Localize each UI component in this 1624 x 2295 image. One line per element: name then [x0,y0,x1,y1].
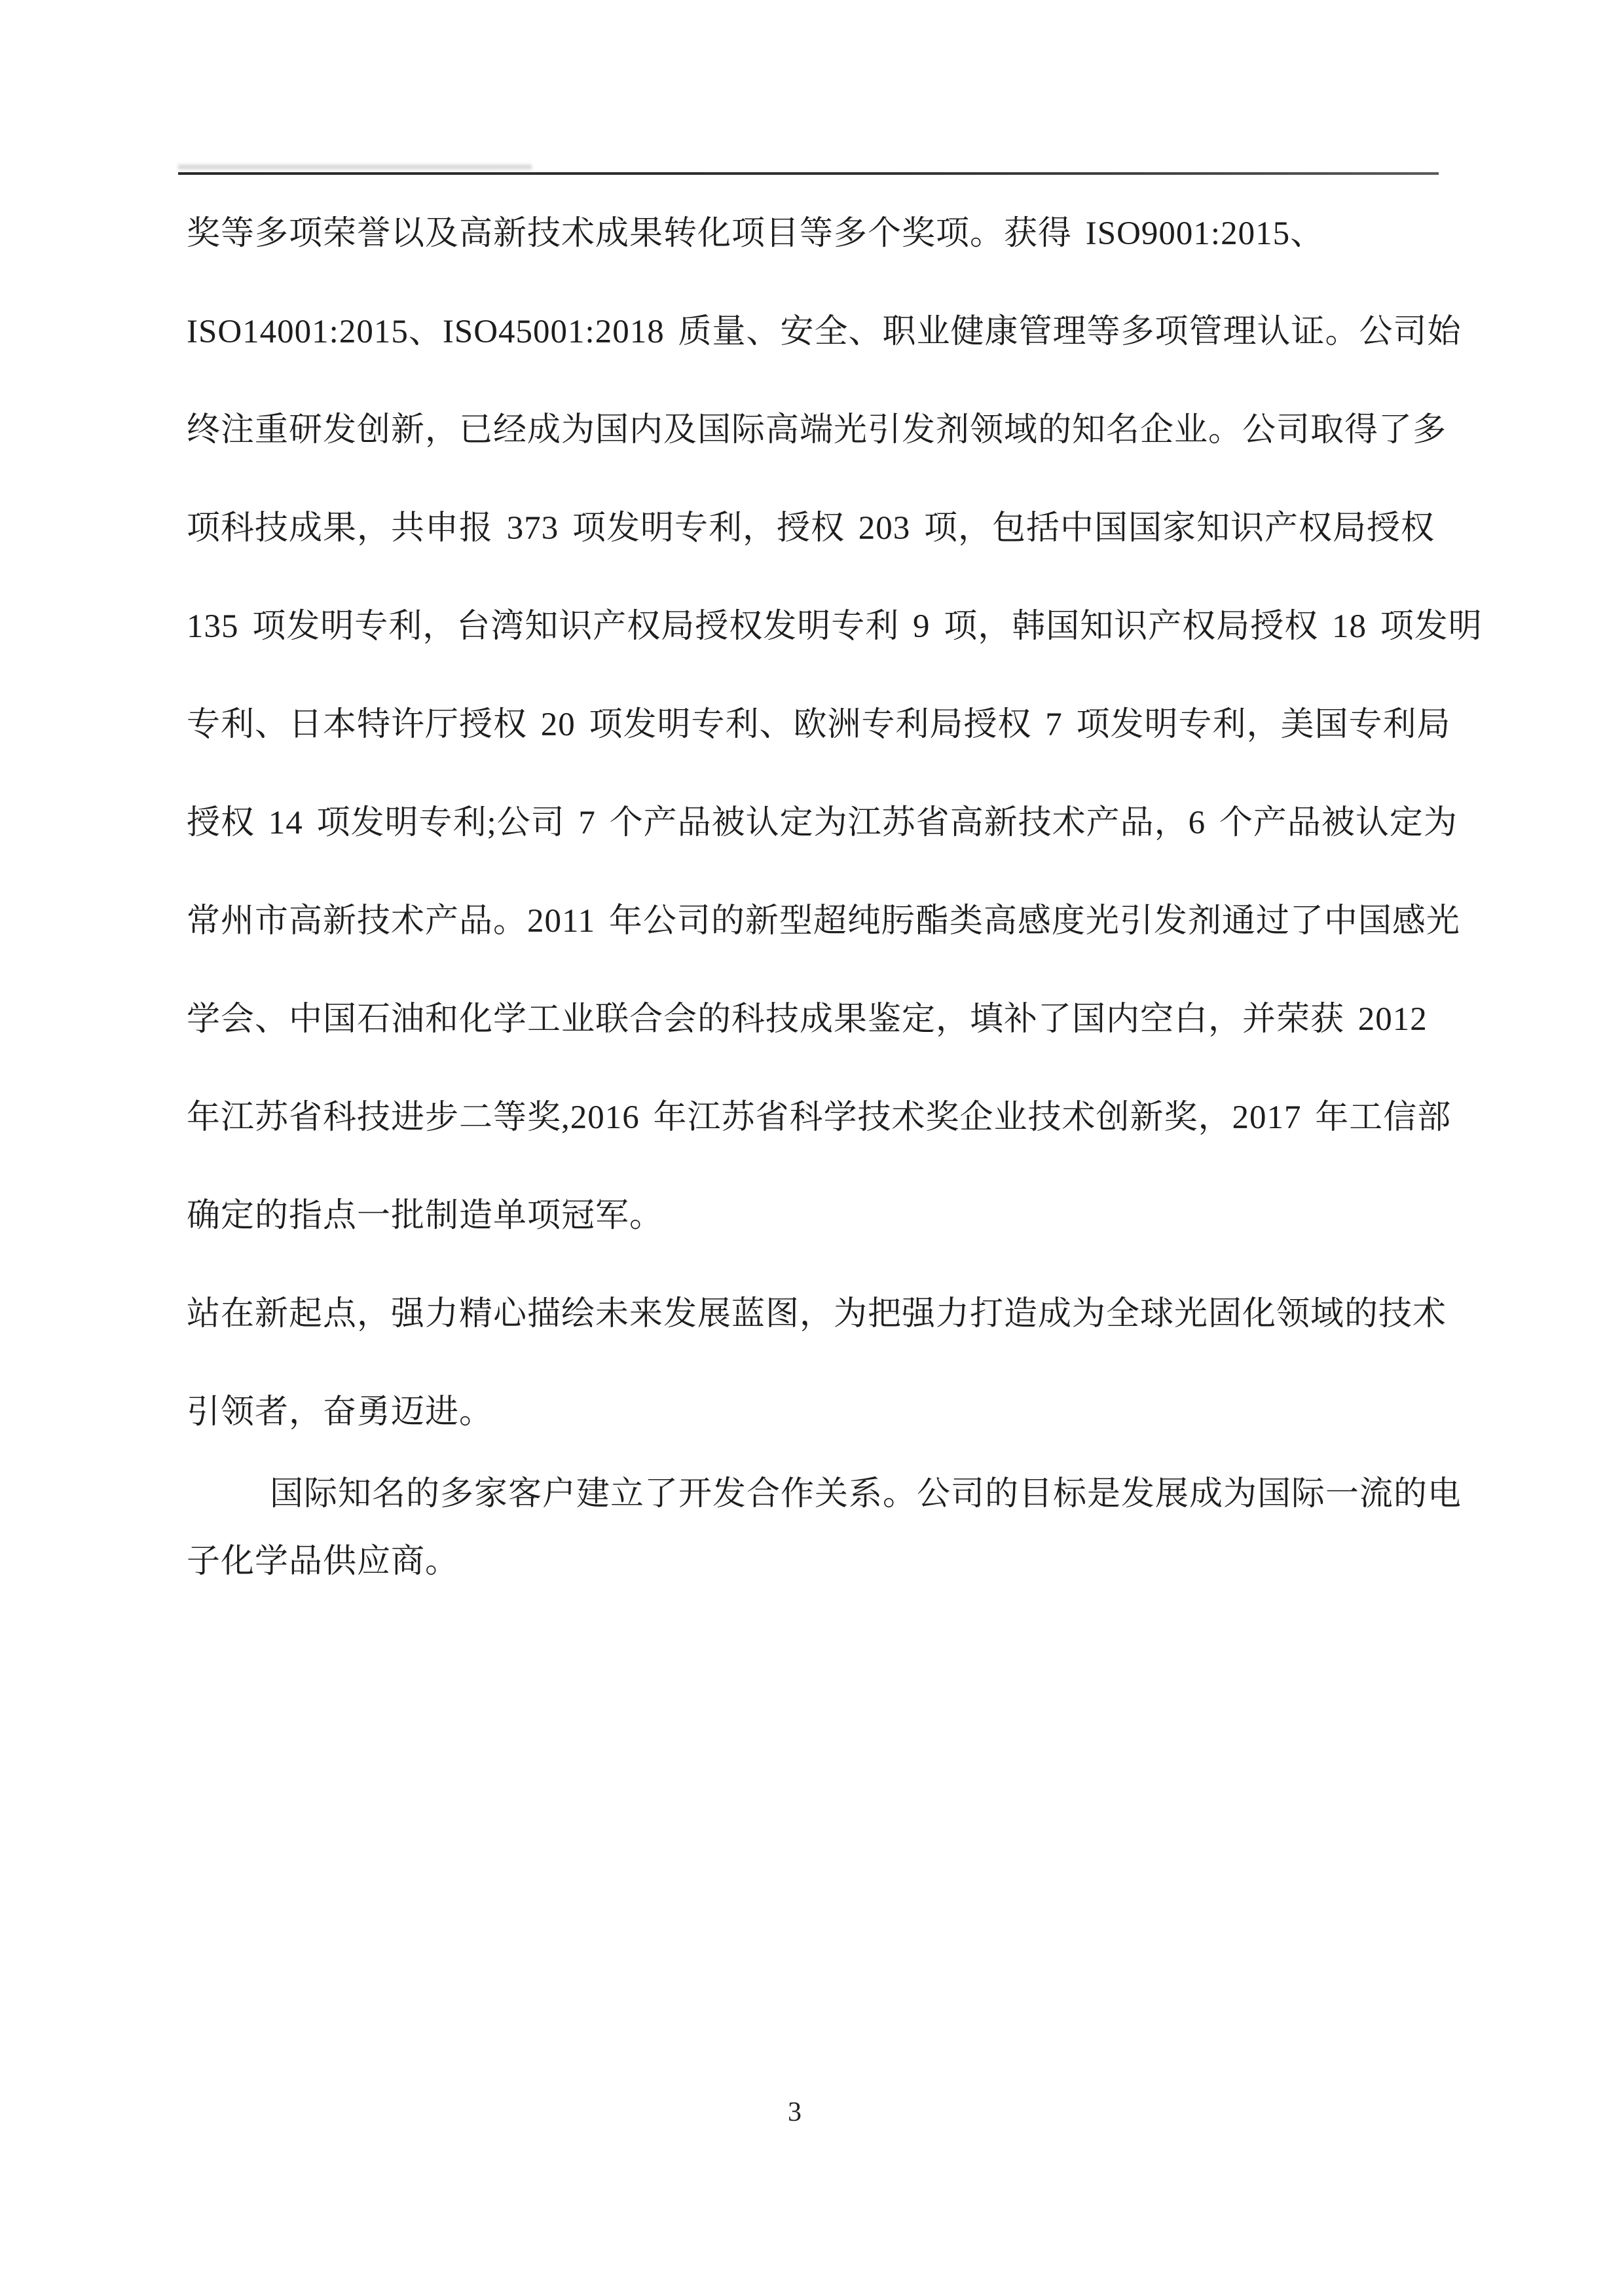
document-page: 奖等多项荣誉以及高新技术成果转化项目等多个奖项。获得 ISO9001:2015、… [0,0,1624,2295]
header-rule-smudge [178,164,532,170]
text-line: 项科技成果，共申报 373 项发明专利，授权 203 项，包括中国国家知识产权局… [187,511,1435,547]
text-line: 站在新起点，强力精心描绘未来发展蓝图，为把强力打造成为全球光固化领域的技术 [187,1296,1447,1332]
text-line: 子化学品供应商。 [187,1544,459,1580]
text-line: 国际知名的多家客户建立了开发合作关系。公司的目标是发展成为国际一流的电 [270,1477,1462,1513]
text-line: 引领者，奋勇迈进。 [187,1395,493,1431]
text-line: 奖等多项荣誉以及高新技术成果转化项目等多个奖项。获得 ISO9001:2015、 [187,216,1324,252]
text-line: 常州市高新技术产品。2011 年公司的新型超纯肟酯类高感度光引发剂通过了中国感光 [187,904,1460,940]
text-line: ISO14001:2015、ISO45001:2018 质量、安全、职业健康管理… [187,314,1461,350]
text-line: 授权 14 项发明专利;公司 7 个产品被认定为江苏省高新技术产品，6 个产品被… [187,805,1458,841]
text-line: 专利、日本特许厅授权 20 项发明专利、欧洲专利局授权 7 项发明专利，美国专利… [187,707,1451,743]
header-rule [178,172,1439,175]
text-line: 学会、中国石油和化学工业联合会的科技成果鉴定，填补了国内空白，并荣获 2012 [187,1002,1428,1038]
page-number: 3 [788,2097,802,2128]
text-line: 135 项发明专利，台湾知识产权局授权发明专利 9 项，韩国知识产权局授权 18… [187,609,1483,645]
text-line: 年江苏省科技进步二等奖,2016 年江苏省科学技术奖企业技术创新奖，2017 年… [187,1100,1451,1136]
text-line: 终注重研发创新，已经成为国内及国际高端光引发剂领域的知名企业。公司取得了多 [187,413,1447,449]
text-line: 确定的指点一批制造单项冠军。 [187,1198,663,1234]
